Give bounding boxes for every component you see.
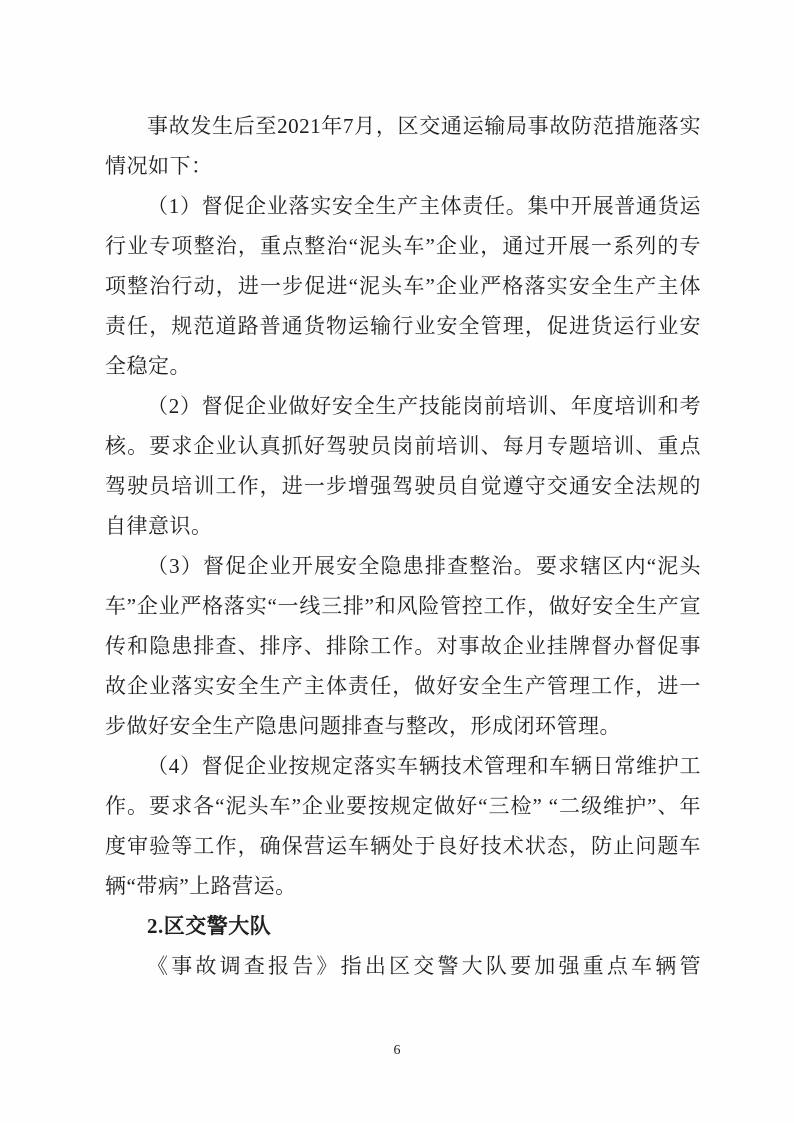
paragraph-intro: 事故发生后至2021年7月，区交通运输局事故防范措施落实情况如下： <box>105 106 701 186</box>
paragraph-item-1: （1）督促企业落实安全生产主体责任。集中开展普通货运行业专项整治，重点整治“泥头… <box>105 186 701 386</box>
paragraph-item-3: （3）督促企业开展安全隐患排查整治。要求辖区内“泥头车”企业严格落实“一线三排”… <box>105 546 701 746</box>
page-body-text: 事故发生后至2021年7月，区交通运输局事故防范措施落实情况如下： （1）督促企… <box>105 106 701 986</box>
paragraph-continued: 《事故调查报告》指出区交警大队要加强重点车辆管 <box>105 946 701 986</box>
page-number: 6 <box>0 1042 794 1060</box>
document-page: 事故发生后至2021年7月，区交通运输局事故防范措施落实情况如下： （1）督促企… <box>0 0 794 1123</box>
section-heading-traffic-police: 2.区交警大队 <box>105 906 701 946</box>
paragraph-item-4: （4）督促企业按规定落实车辆技术管理和车辆日常维护工作。要求各“泥头车”企业要按… <box>105 746 701 906</box>
paragraph-item-2: （2）督促企业做好安全生产技能岗前培训、年度培训和考核。要求企业认真抓好驾驶员岗… <box>105 386 701 546</box>
